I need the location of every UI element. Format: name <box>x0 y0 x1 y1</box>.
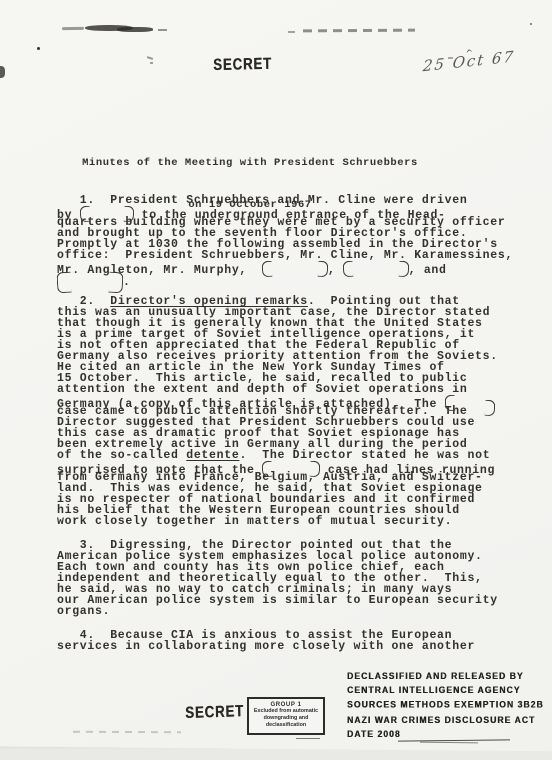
paragraph: 4. Because CIA is anxious to assist the … <box>57 630 535 652</box>
scan-smudge <box>117 27 153 32</box>
document-line: office: President Schruebbers, Mr. Cline… <box>57 250 535 261</box>
scan-bottom-edge <box>0 745 552 760</box>
document-line: 1. President Schruebbers and Mr. Cline w… <box>57 195 535 206</box>
redaction-bracket <box>343 261 354 278</box>
scan-smudge <box>62 27 84 30</box>
group1-text-line: declassification <box>250 722 321 729</box>
scan-smudge <box>303 29 415 32</box>
document-line: of the so-called detente. The Director s… <box>57 450 535 461</box>
redaction-bracket <box>262 261 273 278</box>
scan-speck <box>530 23 532 25</box>
declassification-stamp: DECLASSIFIED AND RELEASED BY CENTRAL INT… <box>347 669 544 742</box>
redaction-bracket <box>398 261 409 278</box>
paragraph: 1. President Schruebbers and Mr. Cline w… <box>57 195 535 283</box>
document-line: work closely together in matters of mutu… <box>57 516 535 527</box>
scanned-document-page: SECRET ^ 25 Oct 67 Minutes of the Meetin… <box>0 0 552 760</box>
redaction-bracket <box>79 206 90 223</box>
handwritten-date: 25 Oct 67 <box>422 47 516 75</box>
document-line: attention the extent and depth of Soviet… <box>57 384 535 395</box>
document-line: Mr. Angleton, Mr. Murphy, , , and <box>57 261 535 272</box>
scan-speck <box>150 62 153 64</box>
document-body: 1. President Schruebbers and Mr. Cline w… <box>57 195 535 665</box>
document-line: services in collaborating more closely w… <box>57 641 535 652</box>
redaction-bracket <box>444 395 455 412</box>
declass-line: CENTRAL INTELLIGENCE AGENCY <box>347 684 544 699</box>
group1-text-line: Excluded from automatic <box>250 708 321 715</box>
secret-stamp-bottom: SECRET <box>185 702 244 722</box>
pencil-mark <box>73 731 181 734</box>
title-line-1: Minutes of the Meeting with President Sc… <box>70 156 430 170</box>
paragraph: 3. Digressing, the Director pointed out … <box>57 540 535 617</box>
redaction-bracket <box>262 461 273 478</box>
secret-stamp-top: SECRET <box>213 55 272 75</box>
declass-line: NAZI WAR CRIMES DISCLOSURE ACT <box>347 713 544 728</box>
scan-speck <box>37 47 40 50</box>
scan-smudge <box>288 31 295 33</box>
declass-line: SOURCES METHODS EXEMPTION 3B2B <box>347 698 544 713</box>
scan-smudge <box>296 738 320 739</box>
document-line: our American police system is similar to… <box>57 595 535 606</box>
document-line: organs. <box>57 606 535 617</box>
document-line: . <box>57 272 535 283</box>
pen-scribble-line <box>420 742 478 744</box>
redaction-bracket <box>56 272 71 294</box>
redaction-bracket <box>108 272 123 294</box>
group1-stamp-box: GROUP 1 Excluded from automatic downgrad… <box>247 697 325 735</box>
scan-smudge <box>158 29 167 31</box>
declass-line: DECLASSIFIED AND RELEASED BY <box>347 669 544 684</box>
scan-speck <box>147 56 153 59</box>
group1-text-line: downgrading and <box>250 715 321 722</box>
scan-edge-mark <box>0 66 5 78</box>
paragraph: 2. Director's opening remarks. Pointing … <box>57 296 535 527</box>
